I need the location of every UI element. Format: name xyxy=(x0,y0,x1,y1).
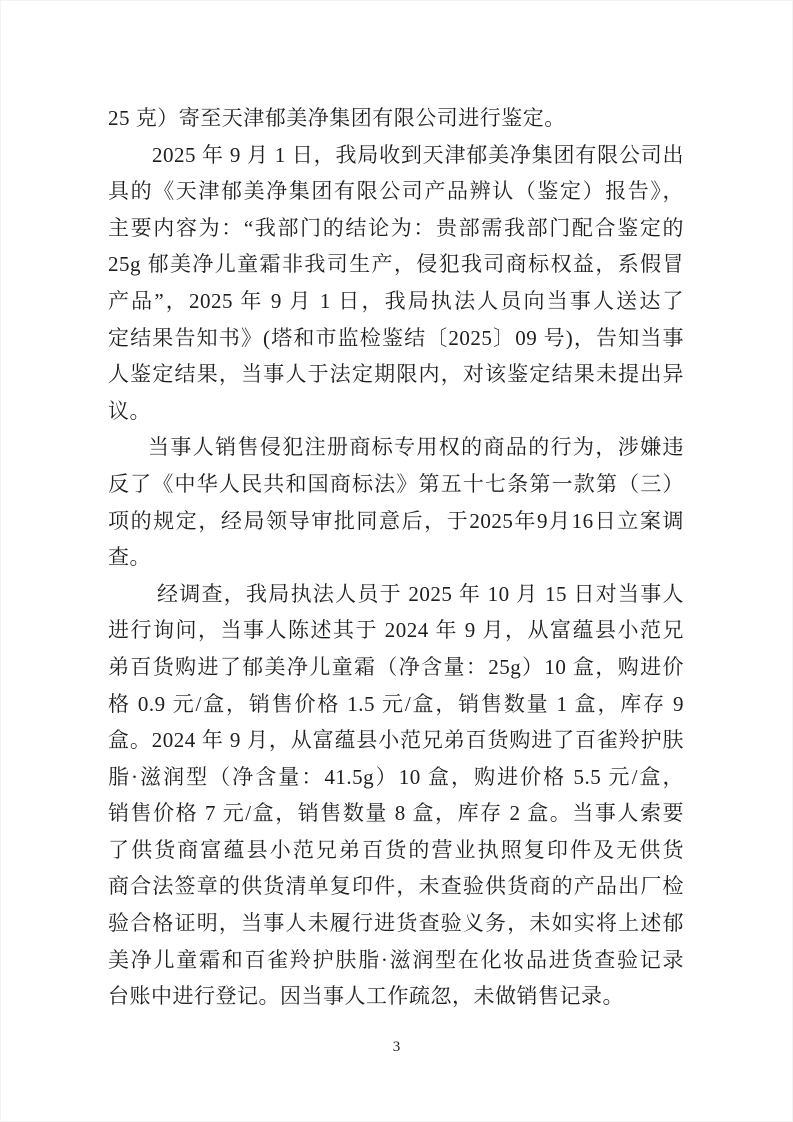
text-line: 弟百货购进了郁美净儿童霜（净含量：25g）10 盒，购进价 xyxy=(108,649,684,686)
text-line: 脂·滋润型（净含量：41.5g）10 盒，购进价格 5.5 元/盒， xyxy=(108,759,684,796)
paragraph: 2025 年 9 月 1 日，我局收到天津郁美净集团有限公司出 具的《天津郁美净… xyxy=(108,137,684,430)
paragraph: 经调查，我局执法人员于 2025 年 10 月 15 日对当事人 进行询问，当事… xyxy=(108,576,684,1015)
text-line: 项的规定，经局领导审批同意后，于2025年9月16日立案调 xyxy=(108,503,684,540)
text-line: 议。 xyxy=(108,393,684,430)
text-line: 了供货商富蕴县小范兄弟百货的营业执照复印件及无供货 xyxy=(108,832,684,869)
text-line: 验合格证明，当事人未履行进货查验义务，未如实将上述郁 xyxy=(108,905,684,942)
text-line: 2025 年 9 月 1 日，我局收到天津郁美净集团有限公司出 xyxy=(108,137,684,174)
text-line: 具的《天津郁美净集团有限公司产品辨认（鉴定）报告》， xyxy=(108,173,684,210)
text-line: 25 克）寄至天津郁美净集团有限公司进行鉴定。 xyxy=(108,100,684,137)
text-line: 经调查，我局执法人员于 2025 年 10 月 15 日对当事人 xyxy=(108,576,684,613)
text-line: 25g 郁美净儿童霜非我司生产，侵犯我司商标权益，系假冒 xyxy=(108,246,684,283)
text-line: 盒。2024 年 9 月，从富蕴县小范兄弟百货购进了百雀羚护肤 xyxy=(108,722,684,759)
text-line: 进行询问，当事人陈述其于 2024 年 9 月，从富蕴县小范兄 xyxy=(108,612,684,649)
text-line: 格 0.9 元/盒，销售价格 1.5 元/盒，销售数量 1 盒，库存 9 xyxy=(108,686,684,723)
document-page: 25 克）寄至天津郁美净集团有限公司进行鉴定。 2025 年 9 月 1 日，我… xyxy=(0,0,793,1122)
paragraph: 25 克）寄至天津郁美净集团有限公司进行鉴定。 xyxy=(108,100,684,137)
text-line: 产品”，2025 年 9 月 1 日，我局执法人员向当事人送达了《鉴 xyxy=(108,283,684,320)
text-line: 商合法签章的供货清单复印件，未查验供货商的产品出厂检 xyxy=(108,868,684,905)
text-line: 定结果告知书》(塔和市监检鉴结〔2025〕09 号)，告知当事 xyxy=(108,320,684,357)
text-line: 人鉴定结果，当事人于法定期限内，对该鉴定结果未提出异 xyxy=(108,356,684,393)
document-body: 25 克）寄至天津郁美净集团有限公司进行鉴定。 2025 年 9 月 1 日，我… xyxy=(108,100,684,1015)
paragraph: 当事人销售侵犯注册商标专用权的商品的行为，涉嫌违 反了《中华人民共和国商标法》第… xyxy=(108,429,684,575)
text-line: 反了《中华人民共和国商标法》第五十七条第一款第（三） xyxy=(108,466,684,503)
text-line: 当事人销售侵犯注册商标专用权的商品的行为，涉嫌违 xyxy=(108,429,684,466)
text-line: 查。 xyxy=(108,539,684,576)
text-line: 主要内容为：“我部门的结论为：贵部需我部门配合鉴定的 xyxy=(108,210,684,247)
text-line: 美净儿童霜和百雀羚护肤脂·滋润型在化妆品进货查验记录 xyxy=(108,942,684,979)
text-line: 台账中进行登记。因当事人工作疏忽，未做销售记录。 xyxy=(108,978,684,1015)
text-line: 销售价格 7 元/盒，销售数量 8 盒，库存 2 盒。当事人索要 xyxy=(108,795,684,832)
page-number: 3 xyxy=(0,1036,793,1058)
